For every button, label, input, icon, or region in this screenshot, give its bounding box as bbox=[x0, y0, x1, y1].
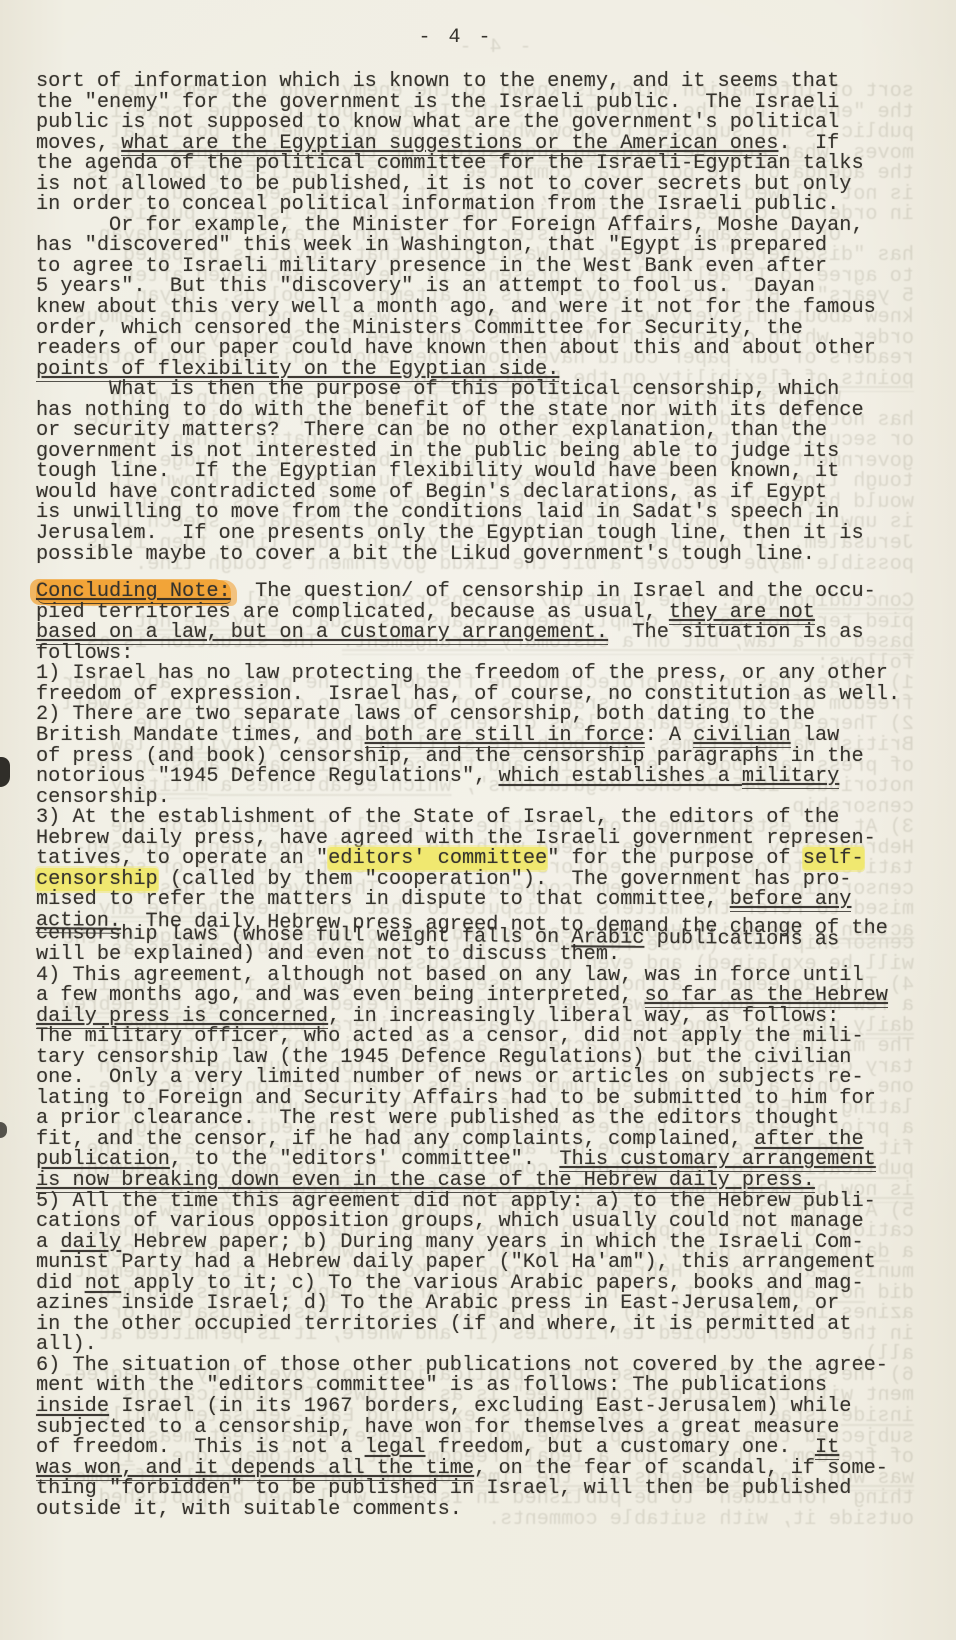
text-line: publication, to the "editors' committee"… bbox=[36, 1150, 920, 1171]
text-line: 1) Israel has no law protecting the free… bbox=[36, 664, 920, 685]
text-segment: a few months ago, and was even being int… bbox=[36, 984, 645, 1007]
text-segment: censorship laws (whose full weight falls… bbox=[36, 922, 572, 949]
text-line: tatives, to operate an "editors' committ… bbox=[36, 849, 920, 870]
text-segment: The military officer, who acted as a cen… bbox=[36, 1025, 864, 1048]
text-segment: 1) Israel has no law protecting the free… bbox=[36, 662, 888, 685]
text-segment: tough line. If the Egyptian flexibility … bbox=[36, 460, 839, 483]
text-line: all). bbox=[36, 1335, 920, 1356]
text-segment: knew about this very well a month ago, a… bbox=[36, 296, 876, 319]
text-line: The military officer, who acted as a cen… bbox=[36, 1027, 920, 1048]
typed-text-block: sort of information which is known to th… bbox=[36, 72, 920, 1520]
text-line: possible maybe to cover a bit the Likud … bbox=[36, 545, 920, 566]
text-segment: The question/ of censorship in Israel an… bbox=[231, 580, 876, 603]
text-line: is unwilling to move from the conditions… bbox=[36, 503, 920, 524]
text-line: of freedom. This is not a legal freedom,… bbox=[36, 1438, 920, 1459]
text-line: readers of our paper could have known th… bbox=[36, 339, 920, 360]
highlighted-text: editors' committee bbox=[328, 847, 547, 870]
text-line: 5) All the time this agreement did not a… bbox=[36, 1192, 920, 1213]
text-segment: in order to conceal political informatio… bbox=[36, 193, 839, 216]
text-segment: outside it, with suitable comments. bbox=[36, 1498, 462, 1521]
text-line: public is not supposed to know what are … bbox=[36, 113, 920, 134]
text-line: subjected to a censorship, have won for … bbox=[36, 1418, 920, 1439]
text-line: knew about this very well a month ago, a… bbox=[36, 298, 920, 319]
text-segment: thing "forbidden" to be published in Isr… bbox=[36, 1477, 851, 1500]
text-line: 4) This agreement, although not based on… bbox=[36, 966, 920, 987]
text-line: 3) At the establishment of the State of … bbox=[36, 808, 920, 829]
text-segment: public is not supposed to know what are … bbox=[36, 111, 839, 134]
text-line: 2) There are two separate laws of censor… bbox=[36, 705, 920, 726]
text-line: tough line. If the Egyptian flexibility … bbox=[36, 462, 920, 483]
text-line: thing "forbidden" to be published in Isr… bbox=[36, 1479, 920, 1500]
underlined-text: military bbox=[742, 765, 839, 789]
underlined-text: before any bbox=[730, 888, 852, 912]
text-line: based on a law, but on a customary arran… bbox=[36, 623, 920, 644]
text-line: in order to conceal political informatio… bbox=[36, 195, 920, 216]
text-segment: all). bbox=[36, 1333, 97, 1356]
text-line: is now breaking down even in the case of… bbox=[36, 1171, 920, 1192]
text-line: one. Only a very limited number of news … bbox=[36, 1068, 920, 1089]
text-segment: cations of various opposition groups, wh… bbox=[36, 1210, 864, 1233]
text-line: azines inside Israel; d) To the Arabic p… bbox=[36, 1294, 920, 1315]
text-segment: British Mandate times, and bbox=[36, 724, 365, 747]
text-segment: 3) At the establishment of the State of … bbox=[36, 806, 839, 829]
text-segment: ment with the "editors committee" is as … bbox=[36, 1374, 827, 1397]
text-line: What is then the purpose of this politic… bbox=[36, 380, 920, 401]
text-line: the "enemy" for the government is the Is… bbox=[36, 93, 920, 114]
text-segment: of freedom. This is not a bbox=[36, 1436, 365, 1459]
text-line: cations of various opposition groups, wh… bbox=[36, 1212, 920, 1233]
text-line: Concluding Note: The question/ of censor… bbox=[36, 582, 920, 603]
text-line: inside Israel (in its 1967 borders, excl… bbox=[36, 1397, 920, 1418]
highlighted-text: self- bbox=[803, 847, 864, 870]
text-segment: one. Only a very limited number of news … bbox=[36, 1066, 864, 1089]
text-segment: tatives, to operate an " bbox=[36, 847, 328, 870]
text-line: sort of information which is known to th… bbox=[36, 72, 920, 93]
underlined-text: which establishes a bbox=[499, 765, 742, 788]
text-segment: freedom, but a customary one. bbox=[425, 1436, 814, 1459]
text-segment: mised to refer the matters in dispute to… bbox=[36, 888, 730, 911]
text-segment: has "discovered" this week in Washington… bbox=[36, 234, 827, 257]
text-line: outside it, with suitable comments. bbox=[36, 1500, 920, 1521]
text-line: 5 years". But this "discovery" is an att… bbox=[36, 277, 920, 298]
text-segment: The situation is as bbox=[608, 621, 864, 644]
text-line: notorious "1945 Defence Regulations", wh… bbox=[36, 767, 920, 788]
page-content: - 4 - sort of information which is known… bbox=[36, 26, 920, 1520]
ink-smudge bbox=[0, 1122, 7, 1138]
page-number: - 4 - bbox=[36, 26, 920, 52]
underlined-text: publication bbox=[36, 1148, 170, 1171]
text-segment: munist Party had a Hebrew daily paper ("… bbox=[36, 1251, 876, 1274]
typewritten-page: - 4 - sort of information which is known… bbox=[0, 0, 956, 1640]
text-line: a prior clearance. The rest were publish… bbox=[36, 1109, 920, 1130]
ink-smudge bbox=[0, 757, 10, 787]
text-line: in the other occupied territories (if an… bbox=[36, 1315, 920, 1336]
text-segment: publications as bbox=[644, 927, 839, 952]
text-segment: Israel (in its 1967 borders, excluding E… bbox=[109, 1395, 851, 1418]
text-segment: a prior clearance. The rest were publish… bbox=[36, 1107, 839, 1130]
text-segment: : A bbox=[645, 724, 694, 747]
text-segment: Jerusalem. If one presents only the Egyp… bbox=[36, 522, 864, 545]
text-line: munist Party had a Hebrew daily paper ("… bbox=[36, 1253, 920, 1274]
text-line: has "discovered" this week in Washington… bbox=[36, 236, 920, 257]
text-line: or security matters? There can be no oth… bbox=[36, 421, 920, 442]
text-segment: , to the "editors' committee". bbox=[170, 1148, 559, 1171]
text-line: ment with the "editors committee" is as … bbox=[36, 1376, 920, 1397]
underlined-text: legal bbox=[365, 1436, 426, 1459]
text-segment: notorious "1945 Defence Regulations", bbox=[36, 765, 499, 788]
text-segment: law bbox=[791, 724, 840, 747]
text-segment: What is then the purpose of this politic… bbox=[36, 378, 839, 401]
text-line: a few months ago, and was even being int… bbox=[36, 986, 920, 1007]
text-segment: possible maybe to cover a bit the Likud … bbox=[36, 543, 815, 566]
underlined-text: inside bbox=[36, 1395, 109, 1418]
text-segment: 2) There are two separate laws of censor… bbox=[36, 703, 815, 726]
text-segment: or security matters? There can be no oth… bbox=[36, 419, 827, 442]
underlined-text: Arabic bbox=[571, 927, 644, 951]
text-segment: in the other occupied territories (if an… bbox=[36, 1313, 851, 1336]
text-segment: azines inside Israel; d) To the Arabic p… bbox=[36, 1292, 839, 1315]
text-line: of press (and book) censorship, and the … bbox=[36, 747, 920, 768]
text-line: Jerusalem. If one presents only the Egyp… bbox=[36, 524, 920, 545]
text-segment: the agenda of the political committee fo… bbox=[36, 152, 864, 175]
text-line: mised to refer the matters in dispute to… bbox=[36, 890, 920, 911]
text-segment: readers of our paper could have known th… bbox=[36, 337, 876, 360]
text-segment: sort of information which is known to th… bbox=[36, 70, 839, 93]
text-segment: " for the purpose of bbox=[547, 847, 803, 870]
text-line: British Mandate times, and both are stil… bbox=[36, 726, 920, 747]
text-line: the agenda of the political committee fo… bbox=[36, 154, 920, 175]
